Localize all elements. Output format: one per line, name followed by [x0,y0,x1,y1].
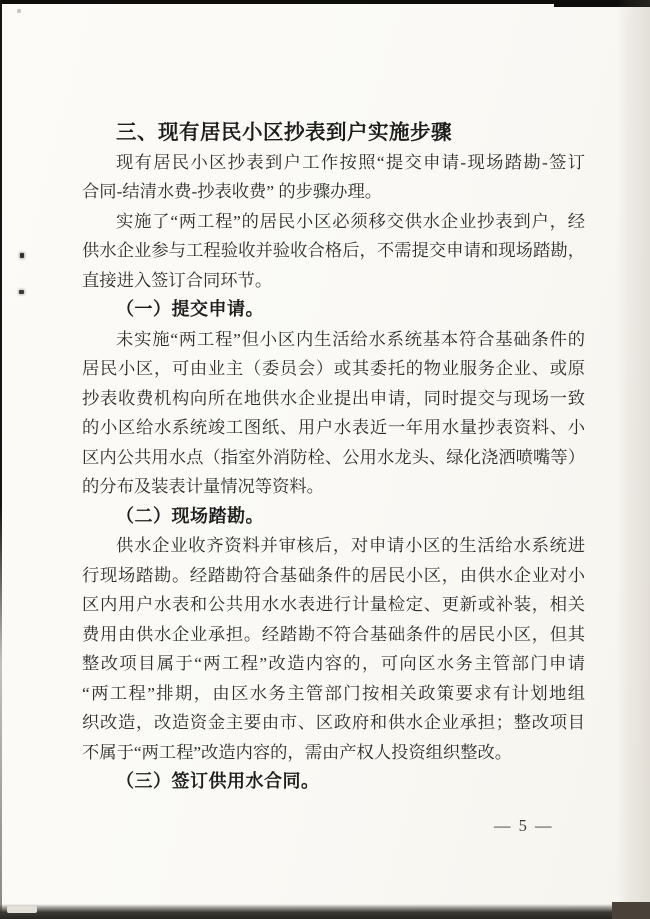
page-number: — 5 — [494,816,554,836]
text-line: “两工程”排期，由区水务主管部门按相关政策要求有计划地组 [82,679,585,709]
text-line: 合同-结清水费-抄表收费” 的步骤办理。 [82,177,585,207]
text-line: 的分布及装表计量情况等资料。 [82,472,585,502]
text-line: 整改项目属于“两工程”改造内容的，可向区水务主管部门申请 [82,649,585,679]
clause-heading: （一）提交申请。 [82,295,585,325]
scan-edge-right [617,0,650,919]
scan-edge-bottom [0,904,650,919]
text-line: 供水企业参与工程验收并验收合格后，不需提交申请和现场踏勘， [82,236,585,266]
section-heading: 三、现有居民小区抄表到户实施步骤 [82,118,585,148]
text-line: 织改造，改造资金主要由市、区政府和供水企业承担；整改项目 [82,708,585,738]
clause-heading: （三）签订供用水合同。 [82,767,585,797]
ink-speck [19,290,24,294]
text-line: 区内用户水表和公共用水水表进行计量检定、更新或补装，相关 [82,590,585,620]
text-line: 直接进入签订合同环节。 [82,266,585,296]
text-line: 供水企业收齐资料并审核后，对申请小区的生活给水系统进 [82,531,585,561]
text-line: 抄表收费机构向所在地供水企业提出申请，同时提交与现场一致 [82,384,585,414]
document-body: 三、现有居民小区抄表到户实施步骤现有居民小区抄表到户工作按照“提交申请-现场踏勘… [82,118,585,797]
clause-heading: （二）现场踏勘。 [82,502,585,532]
scan-edge-top [0,0,650,4]
text-line: 行现场踏勘。经踏勘符合基础条件的居民小区，由供水企业对小 [82,561,585,591]
text-line: 现有居民小区抄表到户工作按照“提交申请-现场踏勘-签订 [82,148,585,178]
text-line: 未实施“两工程”但小区内生活给水系统基本符合基础条件的 [82,325,585,355]
scanned-document-page: 三、现有居民小区抄表到户实施步骤现有居民小区抄表到户工作按照“提交申请-现场踏勘… [0,0,650,919]
text-line: 的小区给水系统竣工图纸、用户水表近一年用水量抄表资料、小 [82,413,585,443]
text-line: 实施了“两工程”的居民小区必须移交供水企业抄表到户，经 [82,207,585,237]
scan-edge-bottom-right [612,902,650,919]
text-line: 居民小区，可由业主（委员会）或其委托的物业服务企业、或原 [82,354,585,384]
scan-edge-bottom-notch [7,906,37,913]
text-line: 费用由供水企业承担。经踏勘不符合基础条件的居民小区，但其 [82,620,585,650]
scan-edge-left [0,0,2,919]
ink-speck [20,253,24,258]
text-line: 不属于“两工程”改造内容的，需由产权人投资组织整改。 [82,738,585,768]
text-line: 区内公共用水点（指室外消防栓、公用水龙头、绿化浇洒喷嘴等） [82,443,585,473]
ink-speck [17,9,21,13]
